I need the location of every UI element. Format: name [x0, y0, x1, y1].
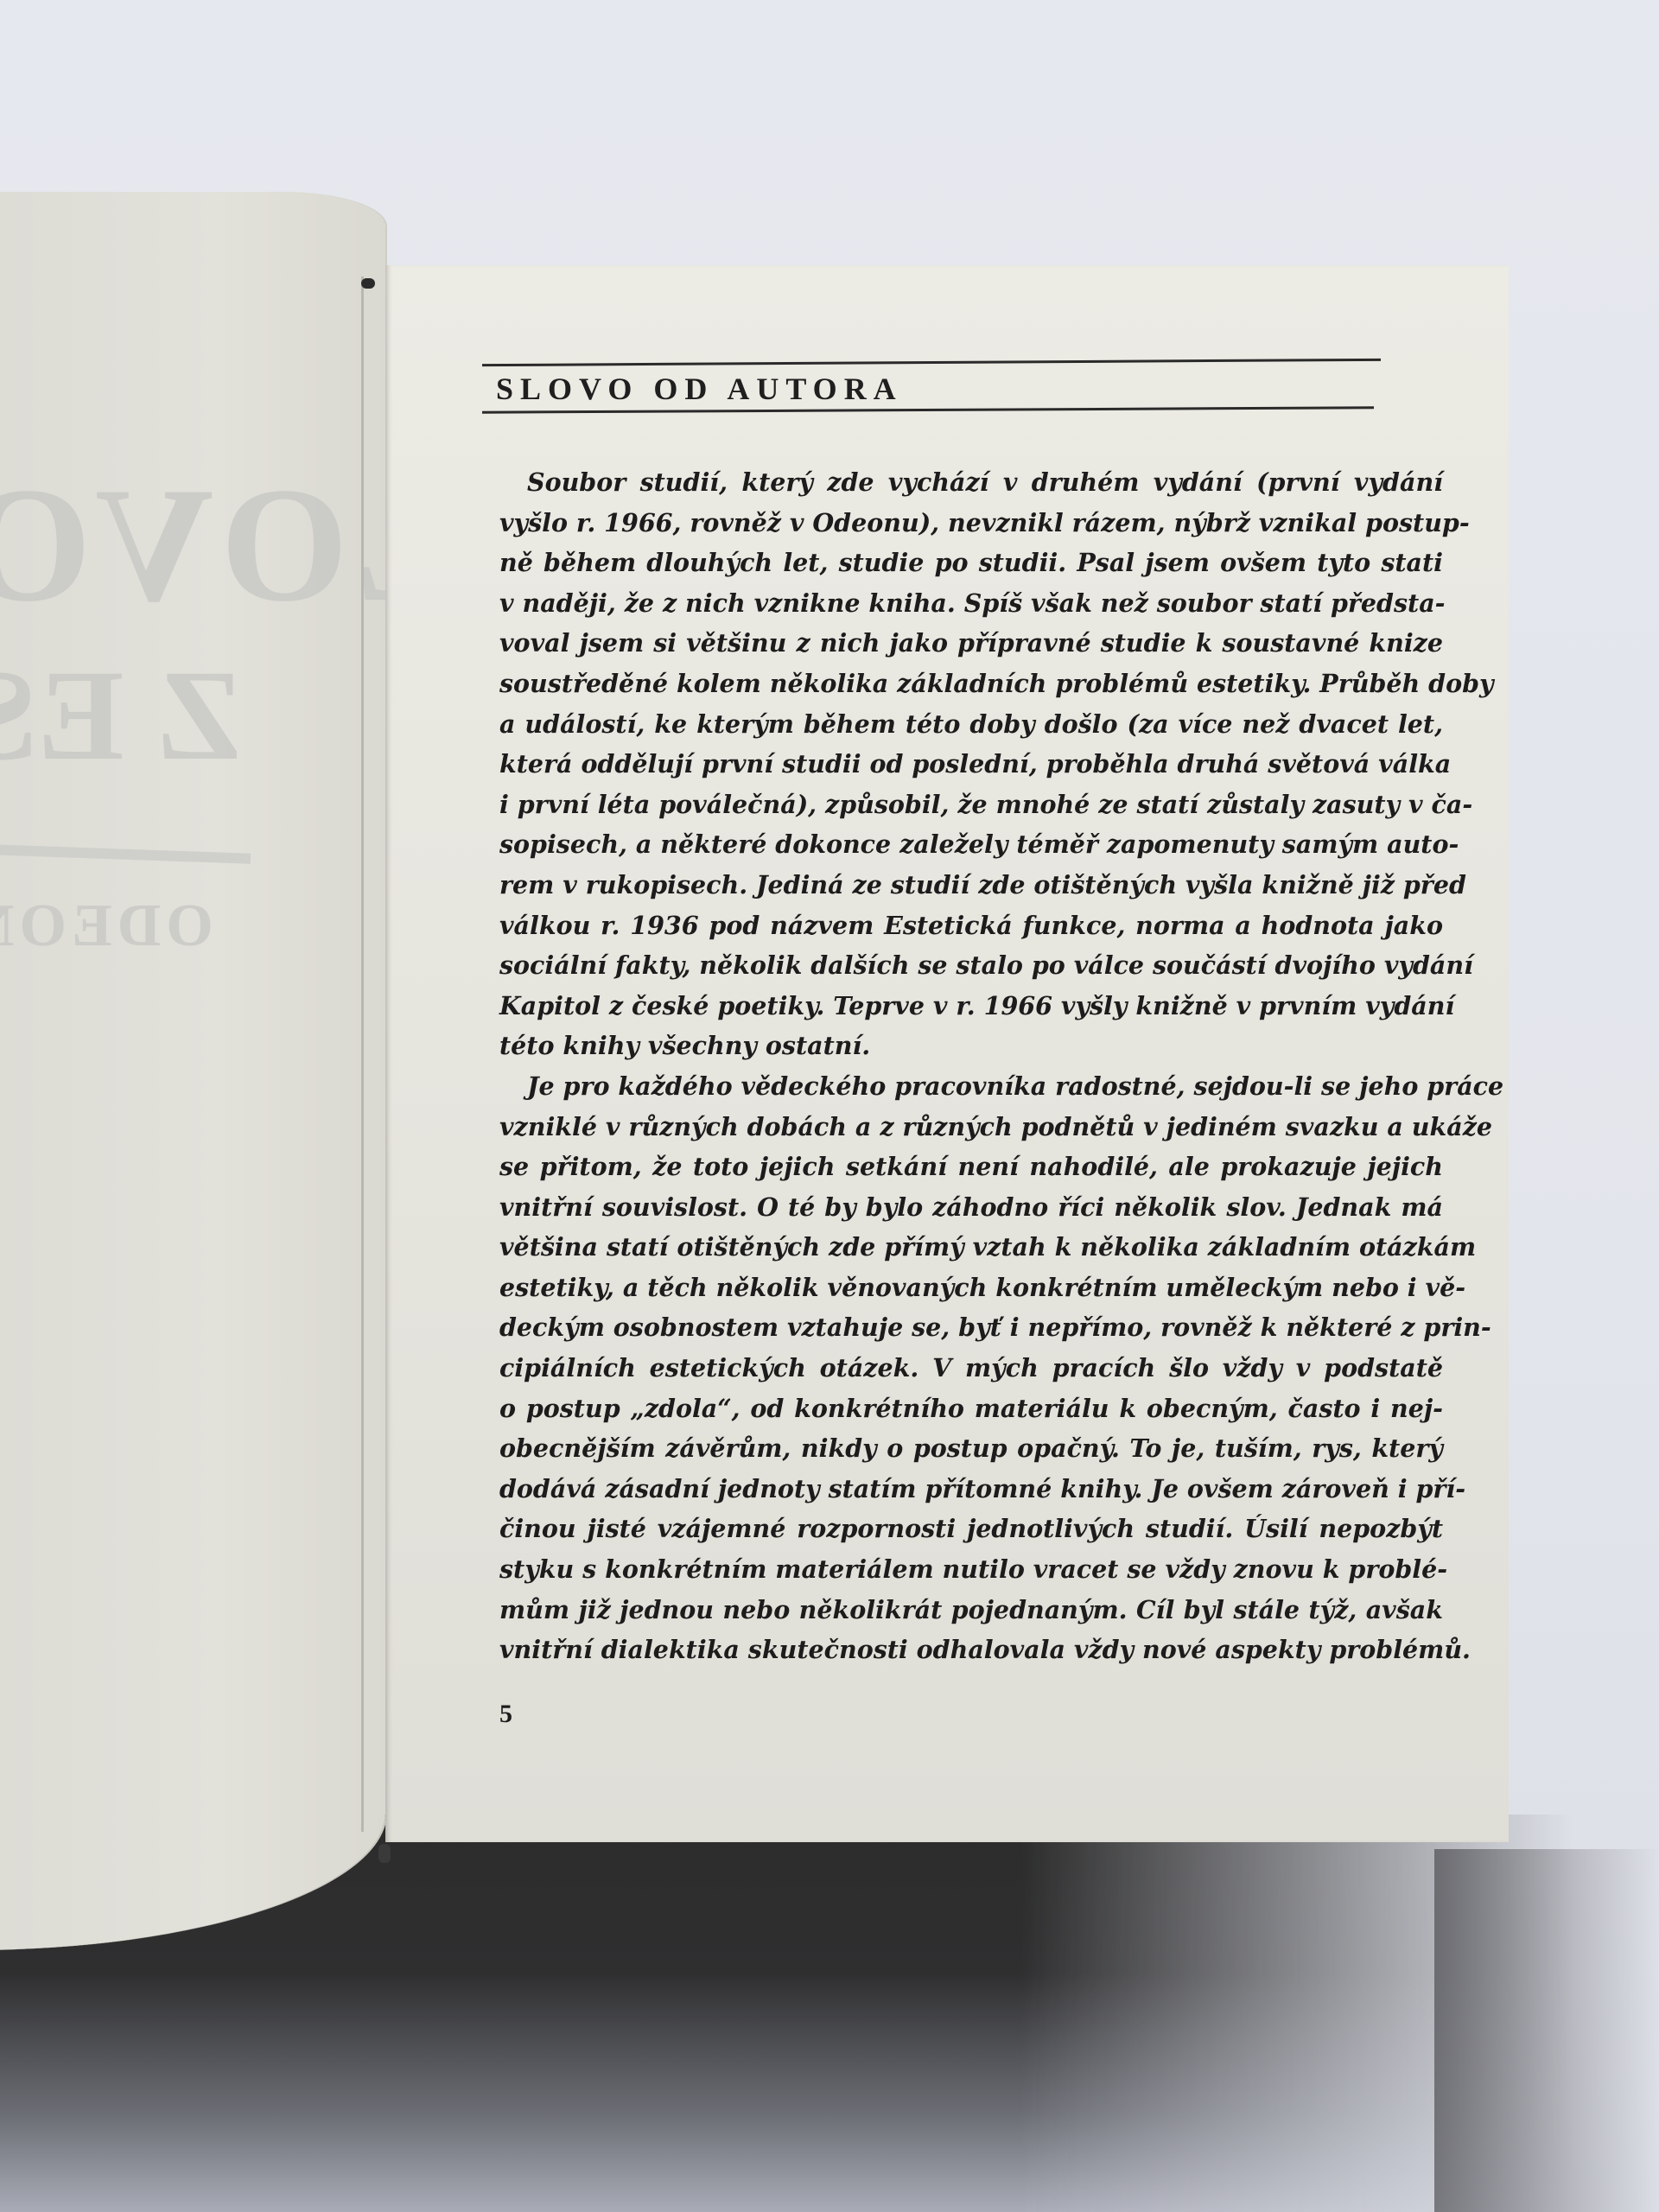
text-line: sopisech, a některé dokonce zaležely tém…: [499, 824, 1443, 865]
text-line: činou jisté vzájemné rozpornosti jednotl…: [499, 1509, 1443, 1549]
text-line: estetiky, a těch několik věnovaných konk…: [499, 1268, 1443, 1308]
text-line: vnitřní souvislost. O té by bylo záhodno…: [499, 1187, 1443, 1228]
text-line: většina statí otištěných zde přímý vztah…: [499, 1227, 1443, 1268]
text-line: voval jsem si většinu z nich jako přípra…: [499, 623, 1443, 664]
headband-top: [361, 278, 375, 289]
body-text: Soubor studií, který zde vychází v druhé…: [499, 462, 1443, 1670]
text-line: dodává zásadní jednoty statím přítomné k…: [499, 1469, 1443, 1510]
text-line: cipiálních estetických otázek. V mých pr…: [499, 1348, 1443, 1389]
right-page: SLOVO OD AUTORA Soubor studií, který zde…: [385, 265, 1509, 1842]
heading-rule-top: [482, 359, 1381, 366]
text-line: Je pro každého vědeckého pracovníka rado…: [499, 1066, 1443, 1107]
text-line: a událostí, ke kterým během této doby do…: [499, 704, 1443, 745]
text-line: v naději, že z nich vznikne kniha. Spíš …: [499, 583, 1443, 624]
left-page: SLOVO Z ES ODEON: [0, 192, 385, 1950]
text-line: ně během dlouhých let, studie po studii.…: [499, 543, 1443, 583]
text-line: soustředěné kolem několika základních pr…: [499, 664, 1443, 704]
book-gutter: [361, 276, 364, 1832]
heading-rule-bottom: [482, 406, 1374, 413]
text-line: se přitom, že toto jejich setkání není n…: [499, 1147, 1443, 1187]
table-shadow-edge: [1434, 1849, 1659, 2212]
page-number: 5: [499, 1700, 512, 1729]
text-line: vyšlo r. 1966, rovněž v Odeonu), nevznik…: [499, 503, 1443, 543]
text-line: styku s konkrétním materiálem nutilo vra…: [499, 1549, 1443, 1590]
page-title: SLOVO OD AUTORA: [496, 371, 903, 407]
text-line: Soubor studií, který zde vychází v druhé…: [499, 462, 1443, 503]
text-line: o postup „zdola“, od konkrétního materiá…: [499, 1389, 1443, 1429]
headband-bottom: [378, 1844, 391, 1863]
bleed-through-subtitle: Z ES: [0, 641, 243, 790]
text-line: vzniklé v různých dobách a z různých pod…: [499, 1107, 1443, 1147]
text-line: deckým osobnostem vztahuje se, byť i nep…: [499, 1307, 1443, 1348]
text-line: mům již jednou nebo několikrát pojednaný…: [499, 1590, 1443, 1630]
text-line: která oddělují první studii od poslední,…: [499, 744, 1443, 785]
text-line: i první léta poválečná), způsobil, že mn…: [499, 785, 1443, 825]
text-line: rem v rukopisech. Jediná ze studií zde o…: [499, 865, 1443, 906]
text-line: válkou r. 1936 pod názvem Estetická funk…: [499, 906, 1443, 946]
text-line: sociální fakty, několik dalších se stalo…: [499, 945, 1443, 986]
text-line: Kapitol z české poetiky. Teprve v r. 196…: [499, 986, 1443, 1027]
text-line: vnitřní dialektika skutečnosti odhaloval…: [499, 1630, 1443, 1670]
text-line: této knihy všechny ostatní.: [499, 1026, 1443, 1066]
text-line: obecnějším závěrům, nikdy o postup opačn…: [499, 1428, 1443, 1469]
bleed-through-rule: [0, 843, 251, 864]
bleed-through-publisher: ODEON: [0, 892, 213, 961]
